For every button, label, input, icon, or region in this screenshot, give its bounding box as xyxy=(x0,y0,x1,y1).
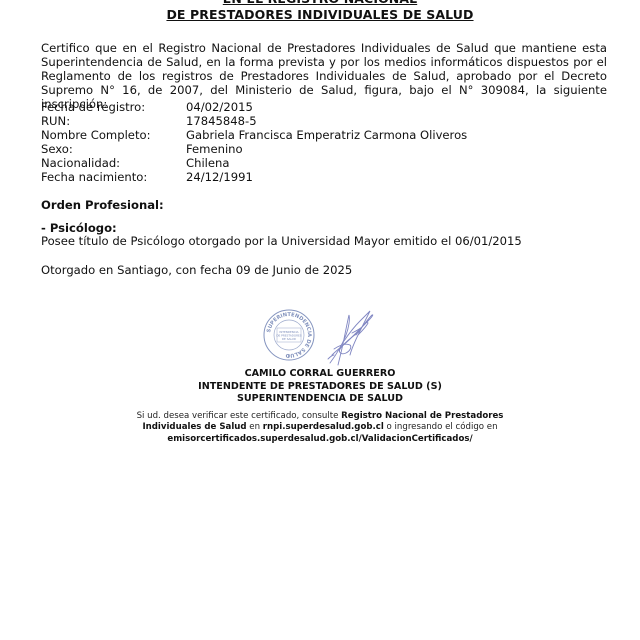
certificate-title: EN EL REGISTRO NACIONAL DE PRESTADORES I… xyxy=(0,0,640,23)
signer-position: INTENDENTE DE PRESTADORES DE SALUD (S) xyxy=(0,381,640,394)
registry-name-link: Registro Nacional de Prestadores xyxy=(341,411,503,421)
signer-institution: SUPERINTENDENCIA DE SALUD xyxy=(0,393,640,406)
field-label: RUN: xyxy=(41,114,186,128)
verification-footer: Si ud. desea verificar este certificado,… xyxy=(0,411,640,445)
field-row-nombre: Nombre Completo: Gabriela Francisca Empe… xyxy=(41,128,467,142)
footer-line-1: Si ud. desea verificar este certificado,… xyxy=(0,411,640,422)
field-row-nacionalidad: Nacionalidad: Chilena xyxy=(41,156,467,170)
field-value: Femenino xyxy=(186,142,243,156)
field-label: Sexo: xyxy=(41,142,186,156)
rnpi-url-link[interactable]: rnpi.superdesalud.gob.cl xyxy=(263,422,384,432)
field-row-sexo: Sexo: Femenino xyxy=(41,142,467,156)
footer-text: o ingresando el código en xyxy=(384,422,498,432)
profession-description: Posee título de Psicólogo otorgado por l… xyxy=(41,234,522,248)
field-row-run: RUN: 17845848-5 xyxy=(41,114,467,128)
field-label: Fecha de registro: xyxy=(41,100,186,114)
registry-name-link-cont: Individuales de Salud xyxy=(142,422,246,432)
handwritten-signature-icon xyxy=(322,305,378,371)
footer-line-2: Individuales de Salud en rnpi.superdesal… xyxy=(0,422,640,433)
footer-text: Si ud. desea verificar este certificado,… xyxy=(137,411,342,421)
issued-statement: Otorgado en Santiago, con fecha 09 de Ju… xyxy=(41,263,352,277)
registration-fields: Fecha de registro: 04/02/2015 RUN: 17845… xyxy=(41,100,467,184)
field-value: 24/12/1991 xyxy=(186,170,253,184)
field-value: 17845848-5 xyxy=(186,114,257,128)
field-value: Chilena xyxy=(186,156,229,170)
field-label: Nacionalidad: xyxy=(41,156,186,170)
field-row-fecha-registro: Fecha de registro: 04/02/2015 xyxy=(41,100,467,114)
footer-line-3: emisorcertificados.superdesalud.gob.cl/V… xyxy=(0,434,640,445)
title-line-2: DE PRESTADORES INDIVIDUALES DE SALUD xyxy=(0,7,640,23)
official-seal-icon: SUPERINTENDENCIA DE SALUD INTENDENCIA DE… xyxy=(263,309,315,361)
field-label: Fecha nacimiento: xyxy=(41,170,186,184)
svg-text:DE SALUD: DE SALUD xyxy=(282,337,296,341)
field-label: Nombre Completo: xyxy=(41,128,186,142)
validation-url-link[interactable]: emisorcertificados.superdesalud.gob.cl/V… xyxy=(167,434,472,444)
signer-block: CAMILO CORRAL GUERRERO INTENDENTE DE PRE… xyxy=(0,368,640,406)
footer-text: en xyxy=(247,422,263,432)
profession-title: - Psicólogo: xyxy=(41,221,117,235)
field-row-fecha-nacimiento: Fecha nacimiento: 24/12/1991 xyxy=(41,170,467,184)
orden-profesional-heading: Orden Profesional: xyxy=(41,198,164,212)
field-value: Gabriela Francisca Emperatriz Carmona Ol… xyxy=(186,128,467,142)
title-line-1: EN EL REGISTRO NACIONAL xyxy=(0,0,640,7)
certificate-page: EN EL REGISTRO NACIONAL DE PRESTADORES I… xyxy=(0,0,640,640)
field-value: 04/02/2015 xyxy=(186,100,253,114)
signer-name: CAMILO CORRAL GUERRERO xyxy=(0,368,640,381)
